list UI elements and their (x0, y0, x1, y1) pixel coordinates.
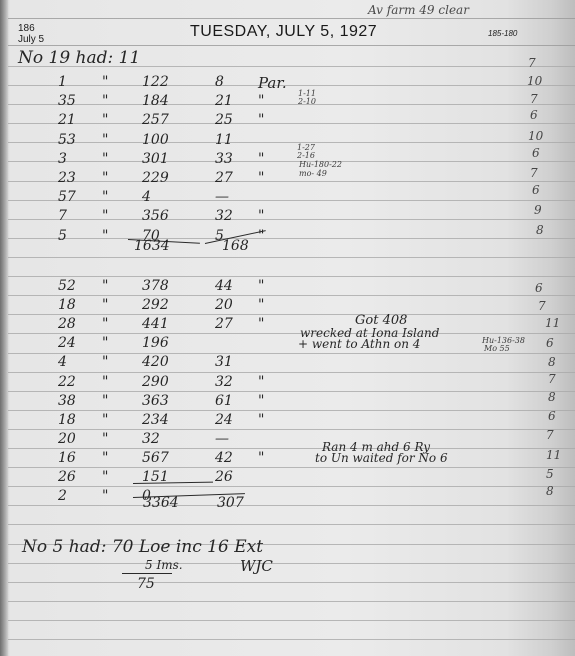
cell-col2: 356 (142, 208, 169, 224)
cell-ditto: " (102, 450, 108, 466)
ruled-line (8, 257, 575, 258)
cell-col2: 292 (142, 297, 169, 313)
cell-col4: " (258, 297, 264, 313)
cell-col3: 27 (215, 170, 233, 186)
ruled-line (8, 372, 575, 373)
side-note: 2-10 (298, 97, 316, 106)
cell-col1: 7 (58, 208, 67, 224)
cell-ditto: " (102, 112, 108, 128)
margin-tally: 6 (546, 336, 554, 350)
ruled-line (8, 391, 575, 392)
page-number: 186 (18, 23, 35, 34)
cell-ditto: " (102, 469, 108, 485)
cell-col2: 257 (142, 112, 169, 128)
margin-tally: 8 (548, 390, 556, 404)
cell-col4: " (258, 151, 264, 167)
cell-ditto: " (102, 228, 108, 244)
cell-col1: 28 (58, 316, 76, 332)
margin-tally: 8 (548, 355, 556, 369)
cell-col2: 196 (142, 335, 169, 351)
ruled-line (8, 639, 575, 640)
section3-total: 75 (137, 576, 155, 592)
ruled-line (8, 161, 575, 162)
cell-col3: 8 (215, 74, 224, 90)
page-binding (0, 0, 8, 656)
ruled-line (8, 333, 575, 334)
cell-ditto: " (102, 316, 108, 332)
cell-ditto: " (102, 297, 108, 313)
cell-ditto: " (102, 412, 108, 428)
cell-col4: " (258, 278, 264, 294)
cell-col2: 290 (142, 374, 169, 390)
cell-ditto: " (102, 74, 108, 90)
ledger-page: Av farm 49 clear 186 July 5 TUESDAY, JUL… (0, 0, 575, 656)
cell-ditto: " (102, 189, 108, 205)
side-note: mo- 49 (299, 169, 327, 178)
margin-tally: 11 (546, 448, 561, 462)
cell-col2: 234 (142, 412, 169, 428)
ruled-line (8, 219, 575, 220)
cell-col1: 57 (58, 189, 76, 205)
cell-col3: 33 (215, 151, 233, 167)
cell-col1: 26 (58, 469, 76, 485)
section3-line2: 5 Ims. (145, 558, 183, 572)
cell-col2: 122 (142, 74, 169, 90)
cell-ditto: " (102, 170, 108, 186)
ruled-line (8, 582, 575, 583)
cell-col3: 26 (215, 469, 233, 485)
margin-tally: 5 (546, 467, 554, 481)
cell-col1: 1 (58, 74, 67, 90)
note-went: + went to Athn on 4 (298, 337, 420, 351)
ruled-line (8, 448, 575, 449)
initials-signature: WJC (240, 557, 273, 575)
subtotal-line (133, 482, 213, 484)
margin-tally: 10 (528, 129, 543, 143)
cell-ditto: " (102, 132, 108, 148)
margin-tally: 6 (548, 409, 556, 423)
cell-col3: 44 (215, 278, 233, 294)
ruled-line (8, 123, 575, 124)
ruled-line (8, 295, 575, 296)
section1-total-col3: 168 (222, 238, 249, 254)
ruled-line (8, 467, 575, 468)
cell-col1: 21 (58, 112, 76, 128)
cell-col2: 567 (142, 450, 169, 466)
cell-ditto: " (102, 151, 108, 167)
side-note: Hu-180-22 (299, 160, 342, 169)
cell-col1: 4 (58, 354, 67, 370)
cell-ditto: " (102, 278, 108, 294)
section3-line1: No 5 had: 70 Loe inc 16 Ext (22, 537, 263, 557)
margin-tally: 7 (546, 428, 554, 442)
cell-ditto: " (102, 431, 108, 447)
cell-ditto: " (102, 354, 108, 370)
cell-col2: 378 (142, 278, 169, 294)
day-range: 185-180 (488, 29, 517, 38)
cell-col1: 18 (58, 412, 76, 428)
margin-tally: 8 (536, 223, 544, 237)
cell-col4: " (258, 170, 264, 186)
margin-tally: 8 (546, 484, 554, 498)
cell-ditto: " (102, 208, 108, 224)
margin-tally: 7 (538, 299, 546, 313)
margin-tally: 7 (530, 92, 538, 106)
cell-col3: 20 (215, 297, 233, 313)
cell-col4: " (258, 208, 264, 224)
cell-ditto: " (102, 393, 108, 409)
ruled-line (8, 563, 575, 564)
ruled-line (8, 45, 575, 46)
cell-col3: — (215, 431, 229, 447)
side-note: 2-16 (297, 151, 315, 160)
ruled-line (8, 238, 575, 239)
cell-col3: 21 (215, 93, 233, 109)
margin-tally: 6 (532, 183, 540, 197)
margin-tally: 7 (548, 372, 556, 386)
cell-col1: 20 (58, 431, 76, 447)
cell-col1: 38 (58, 393, 76, 409)
cell-col2: 301 (142, 151, 169, 167)
cell-col2: 229 (142, 170, 169, 186)
ruled-line (8, 429, 575, 430)
ruled-line (8, 314, 575, 315)
margin-tally: 9 (534, 203, 542, 217)
section2-total-col3: 307 (217, 495, 244, 511)
cell-col1: 22 (58, 374, 76, 390)
ruled-line (8, 18, 575, 19)
ruled-line (8, 620, 575, 621)
cell-ditto: " (102, 488, 108, 504)
ruled-line (8, 104, 575, 105)
cell-col4: Par. (258, 74, 287, 92)
cell-col1: 16 (58, 450, 76, 466)
ruled-line (8, 353, 575, 354)
cell-col2: 100 (142, 132, 169, 148)
cell-col1: 18 (58, 297, 76, 313)
ruled-line (8, 505, 575, 506)
cell-col1: 5 (58, 228, 67, 244)
cell-col1: 35 (58, 93, 76, 109)
cell-col3: 24 (215, 412, 233, 428)
cell-col1: 3 (58, 151, 67, 167)
cell-col3: 32 (215, 208, 233, 224)
cell-col2: 441 (142, 316, 169, 332)
section1-total-col2: 1634 (134, 238, 170, 254)
cell-col3: 11 (215, 132, 233, 148)
cell-col2: 4 (142, 189, 151, 205)
margin-tally: 11 (545, 316, 560, 330)
page-title: TUESDAY, JULY 5, 1927 (190, 23, 377, 41)
cell-col4: " (258, 316, 264, 332)
note-side: Mo 55 (484, 344, 510, 353)
margin-tally: 7 (530, 166, 538, 180)
cell-col4: " (258, 450, 264, 466)
sum-line (122, 573, 172, 574)
cell-ditto: " (102, 335, 108, 351)
cell-col4: " (258, 412, 264, 428)
cell-col2: 32 (142, 431, 160, 447)
cell-col4: " (258, 112, 264, 128)
cell-col4: " (258, 93, 264, 109)
margin-tally: 6 (532, 146, 540, 160)
ruled-line (8, 276, 575, 277)
note-waited: to Un waited for No 6 (315, 451, 448, 465)
cell-col2: 363 (142, 393, 169, 409)
ruled-line (8, 486, 575, 487)
cell-col1: 23 (58, 170, 76, 186)
margin-tally: 6 (535, 281, 543, 295)
cell-col3: 32 (215, 374, 233, 390)
cell-col3: 61 (215, 393, 233, 409)
cell-col1: 52 (58, 278, 76, 294)
weather-note: Av farm 49 clear (368, 3, 469, 17)
ruled-line (8, 181, 575, 182)
margin-tally: 6 (530, 108, 538, 122)
cell-col1: 53 (58, 132, 76, 148)
cell-ditto: " (102, 93, 108, 109)
cell-col1: 2 (58, 488, 67, 504)
ruled-line (8, 601, 575, 602)
cell-col3: 27 (215, 316, 233, 332)
cell-col4: " (258, 393, 264, 409)
ruled-line (8, 524, 575, 525)
cell-ditto: " (102, 374, 108, 390)
cell-col3: 42 (215, 450, 233, 466)
section2-total-col2: 3364 (143, 495, 179, 511)
section1-heading: No 19 had: 11 (18, 48, 140, 68)
margin-tally: 7 (528, 56, 536, 70)
cell-col2: 184 (142, 93, 169, 109)
margin-tally: 10 (527, 74, 542, 88)
ruled-line (8, 142, 575, 143)
ruled-line (8, 200, 575, 201)
cell-col4: " (258, 374, 264, 390)
ruled-line (8, 410, 575, 411)
cell-col2: 420 (142, 354, 169, 370)
ruled-line (8, 85, 575, 86)
page-date: July 5 (18, 34, 44, 45)
cell-col3: 25 (215, 112, 233, 128)
cell-col3: 31 (215, 354, 233, 370)
cell-col1: 24 (58, 335, 76, 351)
cell-col3: — (215, 189, 229, 205)
